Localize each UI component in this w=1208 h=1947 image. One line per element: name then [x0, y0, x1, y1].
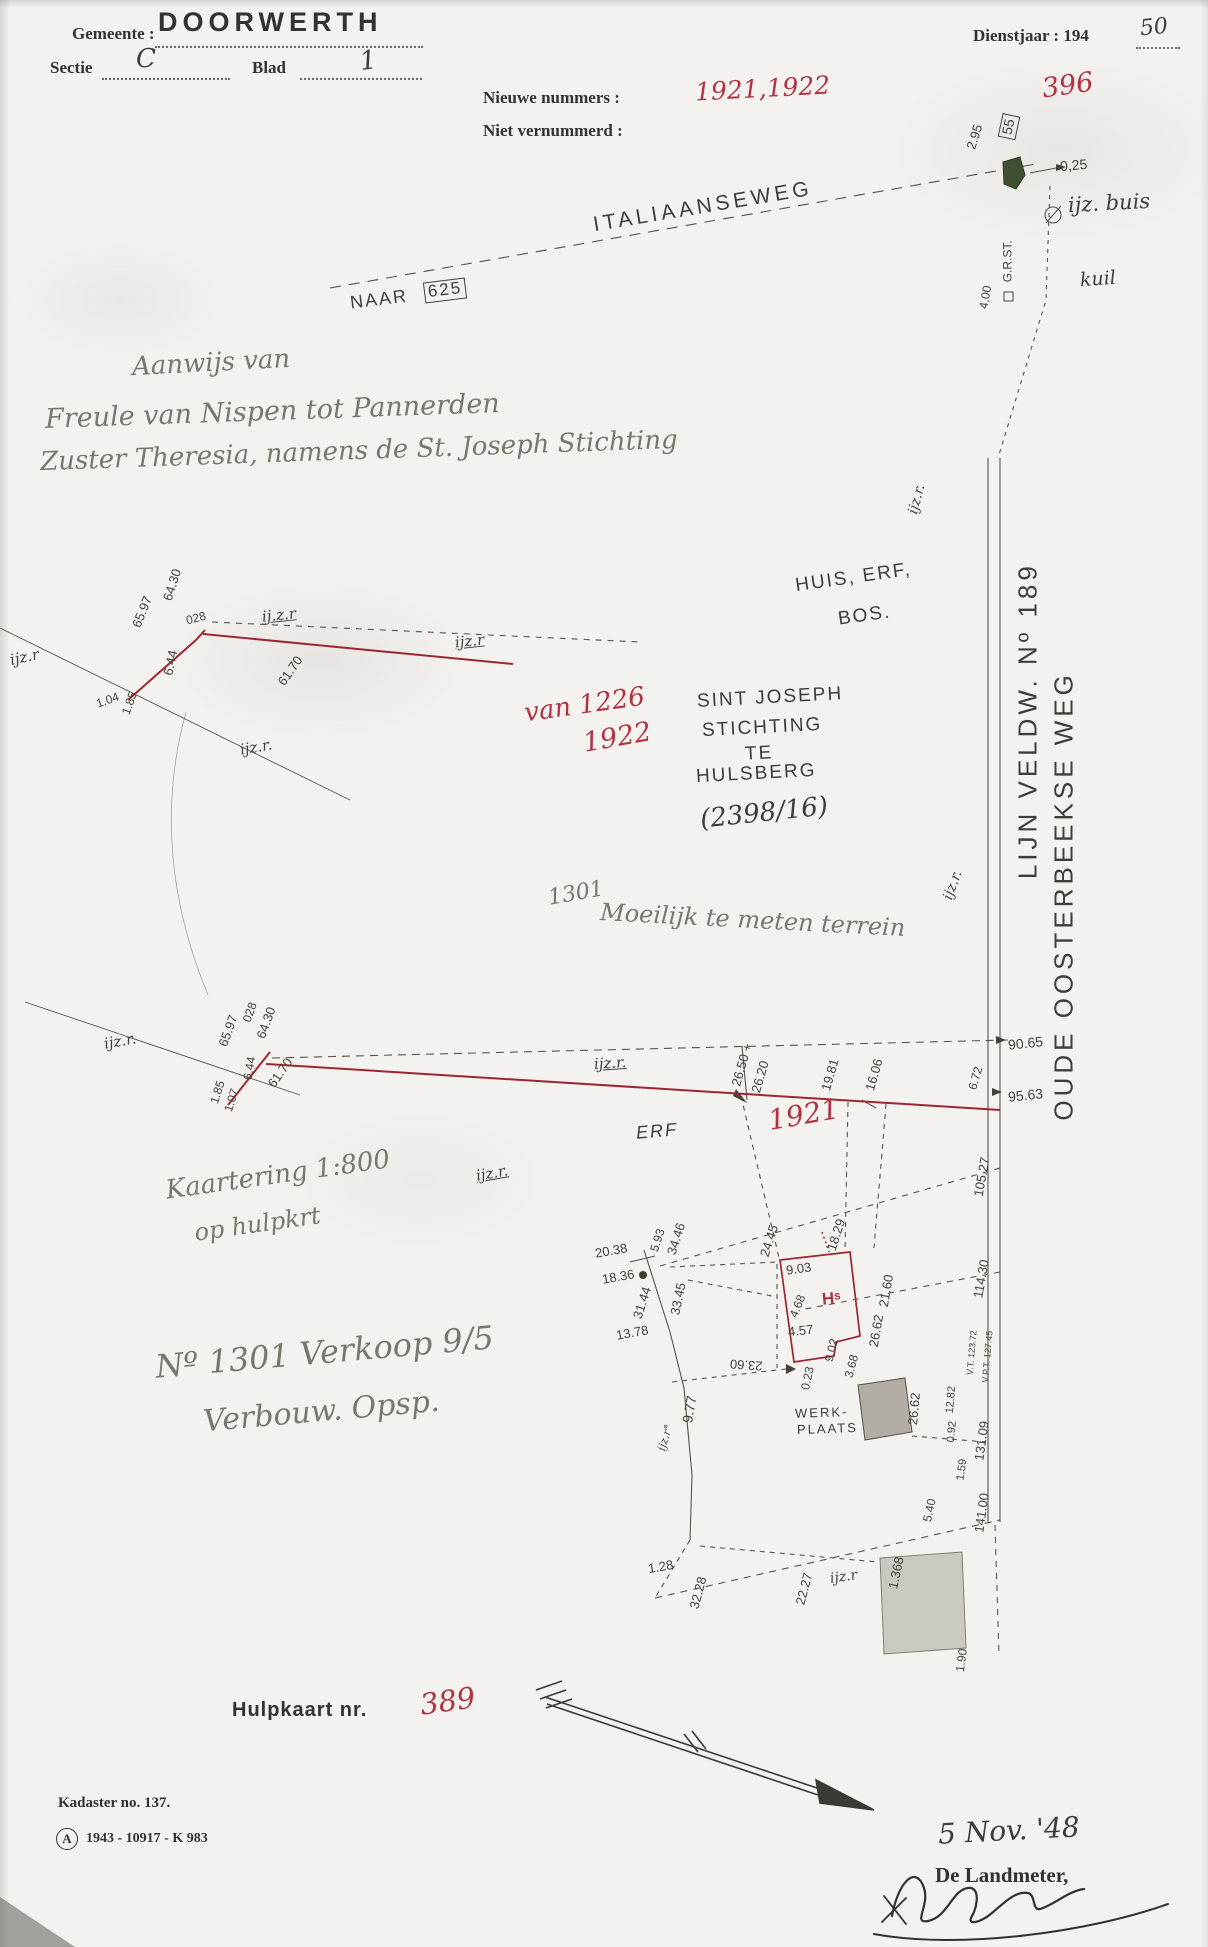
hulpkaart-number: 389 [418, 1682, 477, 1720]
parcel-corner-tick [630, 1256, 655, 1262]
survey-date: 5 Nov. '48 [937, 1812, 1080, 1849]
grst-square-symbol [1004, 292, 1013, 301]
pencil-curve [171, 712, 208, 995]
north-arrow-midtick [684, 1731, 706, 1752]
arrowhead-2650 [733, 1089, 747, 1103]
corner-point-dot [639, 1271, 647, 1279]
werkplaats-label-line2: PLAATS [797, 1421, 858, 1437]
dienstjaar-value: 50 [1139, 15, 1169, 41]
north-arrow-head [816, 1780, 874, 1810]
erf-label: ERF [635, 1120, 678, 1142]
helper-dash-a [212, 622, 640, 642]
sectie-label: Sectie [50, 58, 92, 78]
niet-vernummerd-label: Niet vernummerd : [483, 121, 623, 141]
ijzr-note: ij.z.r [261, 606, 297, 625]
dash-corner-1 [670, 1262, 778, 1267]
dash-tick-3 [874, 1104, 886, 1248]
sectie-value: C [136, 46, 156, 73]
nieuwe-nummers-label: Nieuwe nummers : [483, 88, 620, 108]
ijzr-note: ijz.r. [593, 1055, 626, 1073]
measure-2360: 23.60 [730, 1357, 763, 1373]
green-boundary-marker [1003, 157, 1025, 189]
gemeente-value: DOORWERTH [158, 8, 383, 36]
north-arrow-shaft [545, 1697, 820, 1795]
measure-1282: 12.82 [945, 1386, 959, 1414]
ijzr-note: ijz.r [454, 633, 485, 652]
ijzeren-buis-note: ijz. buis [1067, 190, 1150, 216]
dotted-line [102, 77, 230, 80]
italiaanseweg-road-line [330, 164, 1036, 288]
red-measure-line-b [266, 1064, 1000, 1110]
dotted-line [155, 45, 423, 48]
werkplaats-building [858, 1378, 912, 1440]
dotted-line [300, 77, 422, 80]
helper-dash-b [272, 1040, 1008, 1058]
page-fold-shadow [0, 1897, 75, 1947]
werkplaats-label-line1: WERK- [795, 1405, 849, 1420]
arrowhead-2360 [786, 1364, 796, 1374]
blad-label: Blad [252, 58, 286, 78]
dash-corner-2 [688, 1280, 772, 1296]
kadaster-number: Kadaster no. 137. [58, 1796, 170, 1812]
printer-logo-a: A [56, 1828, 78, 1850]
road-name-lijn-veldweg: LIJN VELDW. Nº 189 [1014, 521, 1041, 921]
dienstjaar-label: Dienstjaar : 194 [973, 26, 1089, 46]
arrowhead-9065 [996, 1036, 1006, 1044]
dotted-line [1136, 46, 1180, 49]
measure-190: 1.90 [954, 1648, 970, 1673]
road-name-oude-oosterbeekse-weg: OUDE OOSTERBEEKSE WEG [1050, 681, 1077, 1121]
cadastral-hulpkaart: Gemeente : DOORWERTH Sectie C Blad 1 Die… [0, 0, 1208, 1947]
measure-457: 4.57 [787, 1323, 814, 1339]
north-arrow [536, 1681, 874, 1810]
topright-link-dashes [998, 186, 1050, 458]
measure-092: 0.92 [946, 1421, 959, 1443]
measure-025: 0,25 [1059, 157, 1087, 174]
print-code: 1943 - 10917 - K 983 [86, 1832, 208, 1847]
grst-label: G.R.ST. [1002, 240, 1015, 282]
diagonal-midleft [25, 1002, 300, 1095]
dash-chainage-10527 [660, 1168, 1000, 1266]
parcel-letter-h: Hˢ [821, 1289, 841, 1308]
measure-2662: 26.62 [906, 1392, 922, 1426]
road-bottom-dashes [995, 1525, 999, 1655]
landmeter-label: De Landmeter, [935, 1864, 1068, 1886]
gemeente-label: Gemeente : [72, 24, 155, 44]
arrow-025-line [1030, 168, 1056, 173]
map-linework [0, 0, 1208, 1947]
kuil-note: kuil [1079, 269, 1116, 291]
hulpkaart-label: Hulpkaart nr. [232, 1700, 367, 1721]
